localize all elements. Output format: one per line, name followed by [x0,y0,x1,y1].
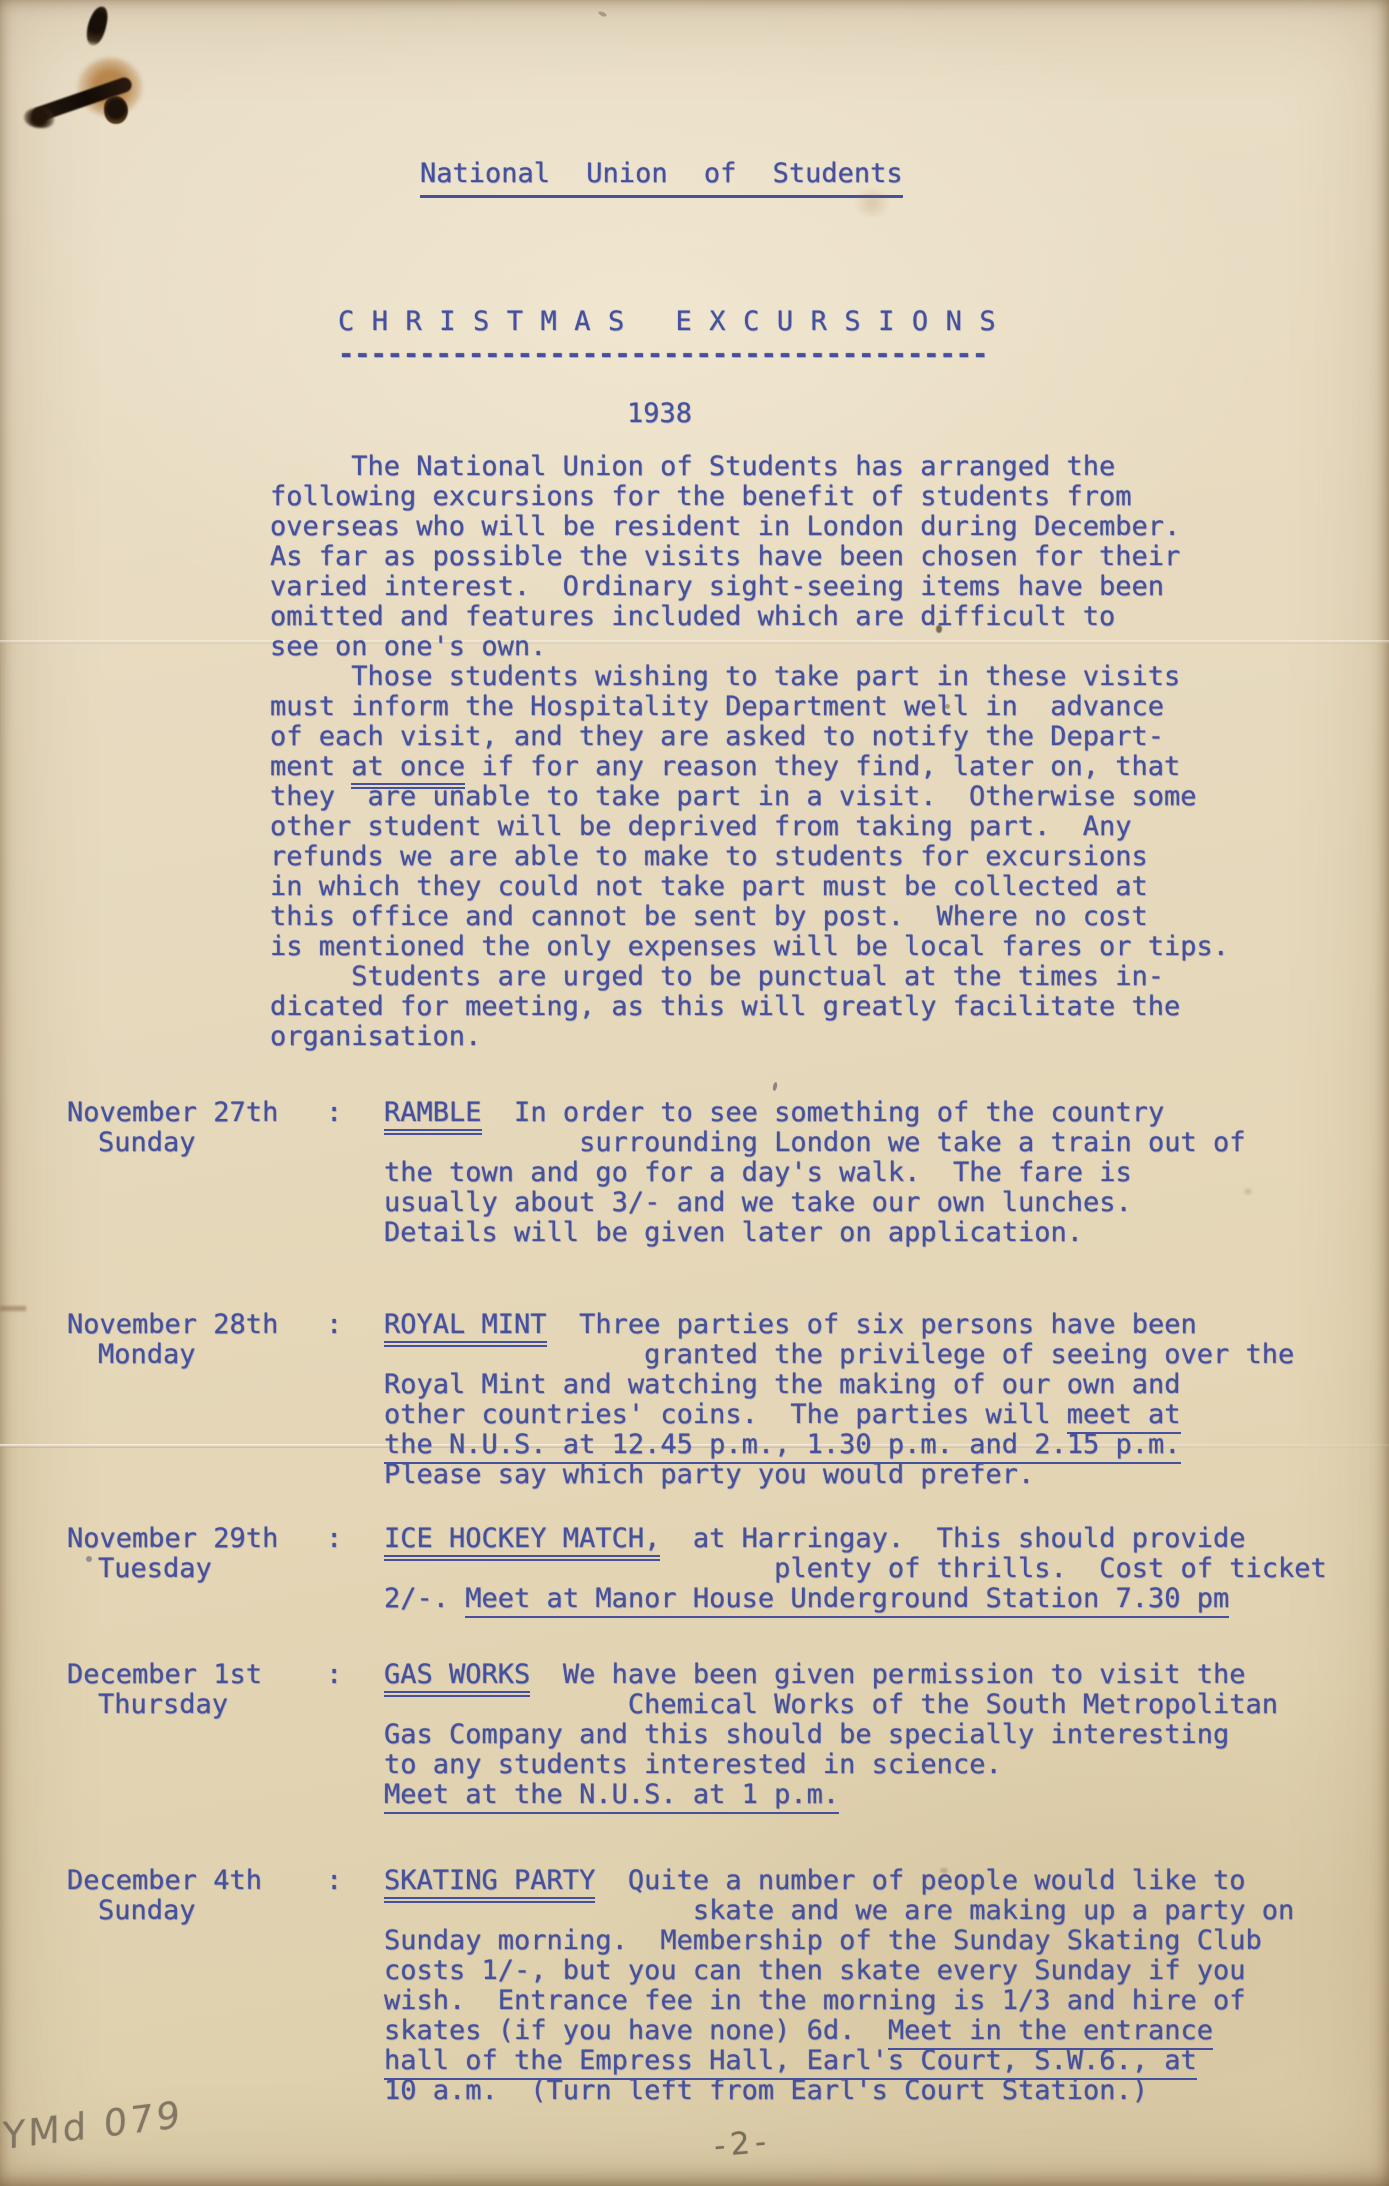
typed-line: granted the privilege of seeing over the [384,1340,1357,1370]
excursion-entry: December 4th Sunday : SKATING PARTY Quit… [67,1866,1357,2106]
typed-line: Sunday morning. Membership of the Sunday… [384,1926,1357,1956]
typed-text: the town and go for a day's walk. The fa… [384,1157,1132,1188]
typed-text: surrounding London we take a train out o… [384,1127,1246,1158]
typed-text: costs 1/-, but you can then skate every … [384,1955,1246,1986]
typed-text: 2/-. [384,1583,465,1614]
entry-body: RAMBLE In order to see something of the … [384,1098,1357,1248]
typed-text: Meet at the N.U.S. at 1 p.m. [384,1779,839,1814]
typed-line: other countries' coins. The parties will… [384,1400,1357,1430]
entry-date-column: December 4th Sunday [67,1866,320,1926]
entry-date: November 28th [67,1310,320,1340]
typed-line: skates (if you have none) 6d. Meet in th… [384,2016,1357,2046]
excursion-entry: December 1st Thursday : GAS WORKS We hav… [67,1660,1357,1810]
typed-text: to any students interested in science. [384,1749,1002,1780]
typed-text: granted the privilege of seeing over the [384,1339,1294,1370]
typed-line: the N.U.S. at 12.45 p.m., 1.30 p.m. and … [384,1430,1357,1460]
typed-text: Details will be given later on applicati… [384,1217,1083,1248]
typed-text: usually about 3/- and we take our own lu… [384,1187,1132,1218]
typed-text: We have been given permission to visit t… [530,1659,1245,1690]
typed-line: wish. Entrance fee in the morning is 1/3… [384,1986,1357,2016]
typed-text: skate and we are making up a party on [384,1895,1294,1926]
typed-line: RAMBLE In order to see something of the … [384,1098,1357,1128]
typed-text: Sunday morning. Membership of the Sunday… [384,1925,1262,1956]
typed-line: Please say which party you would prefer. [384,1460,1357,1490]
typed-line: ICE HOCKEY MATCH, at Harringay. This sho… [384,1524,1357,1554]
typed-line: ROYAL MINT Three parties of six persons … [384,1310,1357,1340]
typed-text: Quite a number of people would like to [595,1865,1245,1896]
entry-day: Sunday [67,1896,320,1926]
typed-line: Royal Mint and watching the making of ou… [384,1370,1357,1400]
entry-colon: : [320,1866,384,1896]
entry-date: November 27th [67,1098,320,1128]
entry-colon: : [320,1524,384,1554]
entry-date-column: November 27th Sunday [67,1098,320,1158]
entry-date: November 29th [67,1524,320,1554]
typed-line: Details will be given later on applicati… [384,1218,1357,1248]
entry-date-column: December 1st Thursday [67,1660,320,1720]
typed-text: Meet at Manor House Underground Station … [465,1583,1229,1618]
typed-line: usually about 3/- and we take our own lu… [384,1188,1357,1218]
entry-colon: : [320,1098,384,1128]
typed-text: 10 a.m. (Turn left from Earl's Court Sta… [384,2075,1148,2106]
excursion-entry: November 29th Tuesday : ICE HOCKEY MATCH… [67,1524,1357,1614]
entry-day: Monday [67,1340,320,1370]
entry-date: December 4th [67,1866,320,1896]
typed-text: other countries' coins. The parties will [384,1399,1067,1430]
entry-date-column: November 28th Monday [67,1310,320,1370]
excursion-list: November 27th Sunday : RAMBLE In order t… [0,0,1389,2186]
excursion-entry: November 28th Monday : ROYAL MINT Three … [67,1310,1357,1490]
typed-line: SKATING PARTY Quite a number of people w… [384,1866,1357,1896]
entry-day: Tuesday [67,1554,320,1584]
entry-day: Thursday [67,1690,320,1720]
typed-line: plenty of thrills. Cost of ticket [384,1554,1357,1584]
typed-line: Gas Company and this should be specially… [384,1720,1357,1750]
typed-line: to any students interested in science. [384,1750,1357,1780]
entry-colon: : [320,1310,384,1340]
page-number-pencil: -2- [713,2124,773,2165]
typed-text: skates (if you have none) 6d. [384,2015,888,2046]
typed-text: Royal Mint and watching the making of ou… [384,1369,1181,1400]
typed-text: plenty of thrills. Cost of ticket [384,1553,1327,1584]
typed-text: Gas Company and this should be specially… [384,1719,1229,1750]
typed-line: Chemical Works of the South Metropolitan [384,1690,1357,1720]
typed-text: wish. Entrance fee in the morning is 1/3… [384,1985,1246,2016]
entry-day: Sunday [67,1128,320,1158]
excursion-entry: November 27th Sunday : RAMBLE In order t… [67,1098,1357,1248]
entry-body: ROYAL MINT Three parties of six persons … [384,1310,1357,1490]
entry-body: GAS WORKS We have been given permission … [384,1660,1357,1810]
typed-line: 10 a.m. (Turn left from Earl's Court Sta… [384,2076,1357,2106]
entry-body: ICE HOCKEY MATCH, at Harringay. This sho… [384,1524,1357,1614]
typed-line: GAS WORKS We have been given permission … [384,1660,1357,1690]
typed-line: Meet at the N.U.S. at 1 p.m. [384,1780,1357,1810]
typed-line: the town and go for a day's walk. The fa… [384,1158,1357,1188]
entry-colon: : [320,1660,384,1690]
typed-text: Chemical Works of the South Metropolitan [384,1689,1278,1720]
scanned-document-page: National Union of Students CHRISTMAS EXC… [0,0,1389,2186]
typed-line: surrounding London we take a train out o… [384,1128,1357,1158]
typed-text: In order to see something of the country [482,1097,1165,1128]
typed-line: costs 1/-, but you can then skate every … [384,1956,1357,1986]
typed-text: Three parties of six persons have been [547,1309,1197,1340]
entry-body: SKATING PARTY Quite a number of people w… [384,1866,1357,2106]
typed-text: at Harringay. This should provide [660,1523,1245,1554]
typed-line: hall of the Empress Hall, Earl's Court, … [384,2046,1357,2076]
typed-line: 2/-. Meet at Manor House Underground Sta… [384,1584,1357,1614]
entry-date: December 1st [67,1660,320,1690]
typed-text: Please say which party you would prefer. [384,1459,1034,1490]
typed-line: skate and we are making up a party on [384,1896,1357,1926]
entry-date-column: November 29th Tuesday [67,1524,320,1584]
